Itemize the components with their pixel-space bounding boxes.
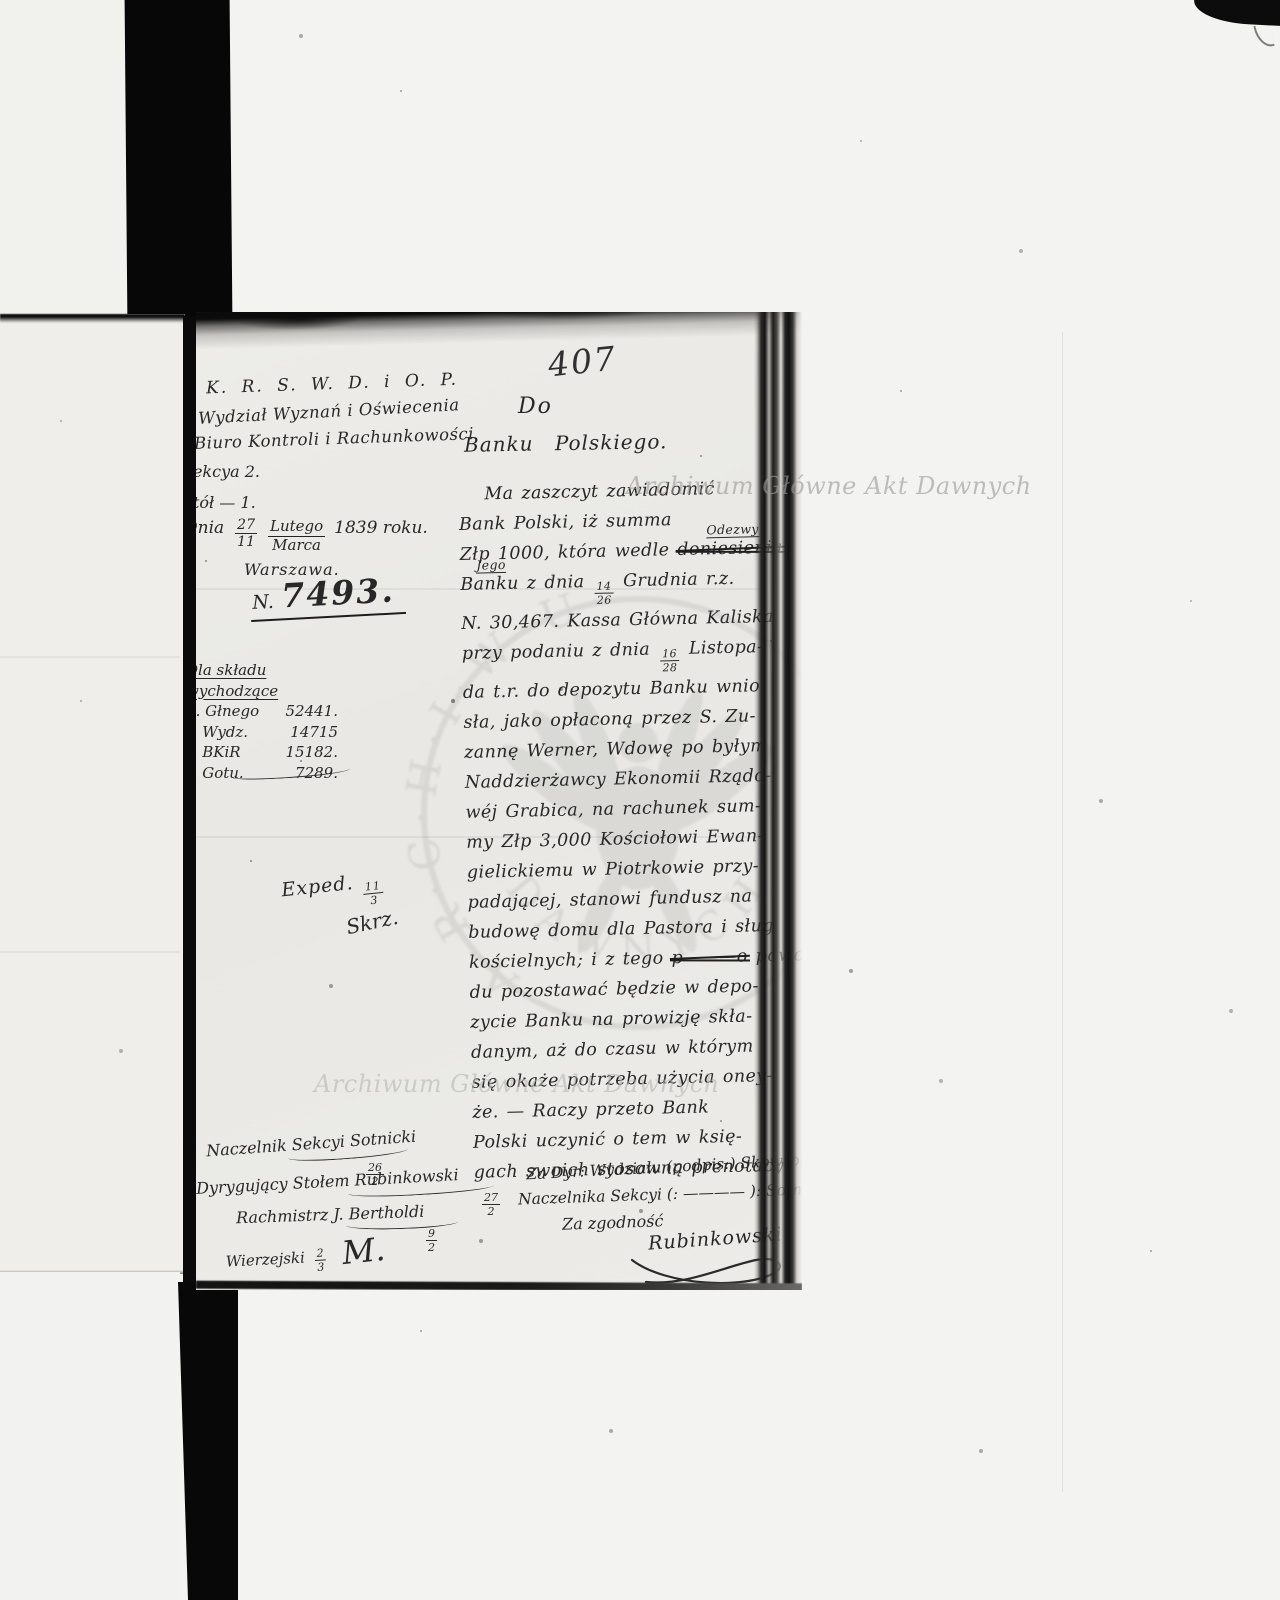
expeditor-signature: Wierzejski 23: [225, 1247, 328, 1277]
signature-date: 272: [480, 1188, 502, 1217]
header-bureau: Biuro Kontroli i Rachunkowości: [196, 424, 474, 453]
signature-date: 92: [424, 1224, 439, 1253]
header-date-line: Dnia 27 11 Lutego Marca 1839 roku.: [196, 518, 428, 553]
date-label: Dnia: [196, 518, 224, 538]
date-month-stack: Lutego Marca: [268, 518, 325, 553]
dust-specks: [0, 0, 2, 2]
clerk-monogram: M.: [340, 1230, 387, 1272]
film-black-gap-bottom: [170, 1282, 238, 1600]
margin-entry: d. Głnego52441.: [196, 701, 338, 722]
date-year: 1839 roku.: [334, 518, 428, 538]
film-black-gap-top: [125, 0, 233, 320]
film-page-fragment-bottom-left: [0, 1272, 180, 1600]
margin-title: Dla składu: [196, 660, 338, 681]
header-commission-abbrev: K. R. S. W. D. i O. P.: [206, 370, 459, 399]
margin-entry: v. BKiR15182.: [196, 742, 338, 763]
scan-edge-line: [1062, 332, 1063, 1492]
margin-subtitle: wychodzące: [196, 681, 338, 702]
margin-entry: v. Wydz.14715: [196, 722, 338, 743]
page-top-burnt-edge: [196, 312, 802, 350]
page-right-sheet-edges: [754, 312, 802, 1290]
fold-crease: [0, 656, 180, 658]
archive-watermark-text: Archiwum Główne Akt Dawnych: [314, 1070, 720, 1098]
dispatch-date-fraction: 11 3: [362, 880, 385, 907]
letter-addressee-line1: Do: [518, 394, 553, 419]
date-day-fraction: 27 11: [235, 518, 257, 549]
blank-facing-page: [0, 314, 185, 1274]
scanned-archival-page: A·R·C·H·I·W·U·M DAWNYCH 407 K. R. S. W. …: [0, 0, 1280, 1600]
dispatch-note: Exped. 11 3: [280, 869, 386, 916]
film-page-fragment-top-left: [0, 0, 130, 314]
archive-watermark-text: Archiwum Główne Akt Dawnych: [626, 472, 1032, 500]
header-desk: Stół — 1.: [196, 493, 256, 512]
page-bottom-edge: [196, 1281, 802, 1290]
film-scratch-mark: [1253, 22, 1274, 49]
folio-number: 407: [546, 339, 619, 385]
header-section: Sekcya 2.: [196, 462, 260, 481]
document-number: N. 7493.: [249, 570, 406, 622]
closing-certification-label: Za zgodność: [562, 1211, 664, 1234]
fold-crease: [0, 951, 180, 953]
dispatch-paraph: Skrz.: [344, 905, 400, 939]
manuscript-page: A·R·C·H·I·W·U·M DAWNYCH 407 K. R. S. W. …: [196, 312, 802, 1290]
header-department: Wydział Wyznań i Oświecenia: [198, 395, 460, 428]
margin-filing-notes: Dla składu wychodzące d. Głnego52441.v. …: [196, 660, 338, 783]
letter-addressee-line2: Banku Polskiego.: [464, 429, 668, 457]
